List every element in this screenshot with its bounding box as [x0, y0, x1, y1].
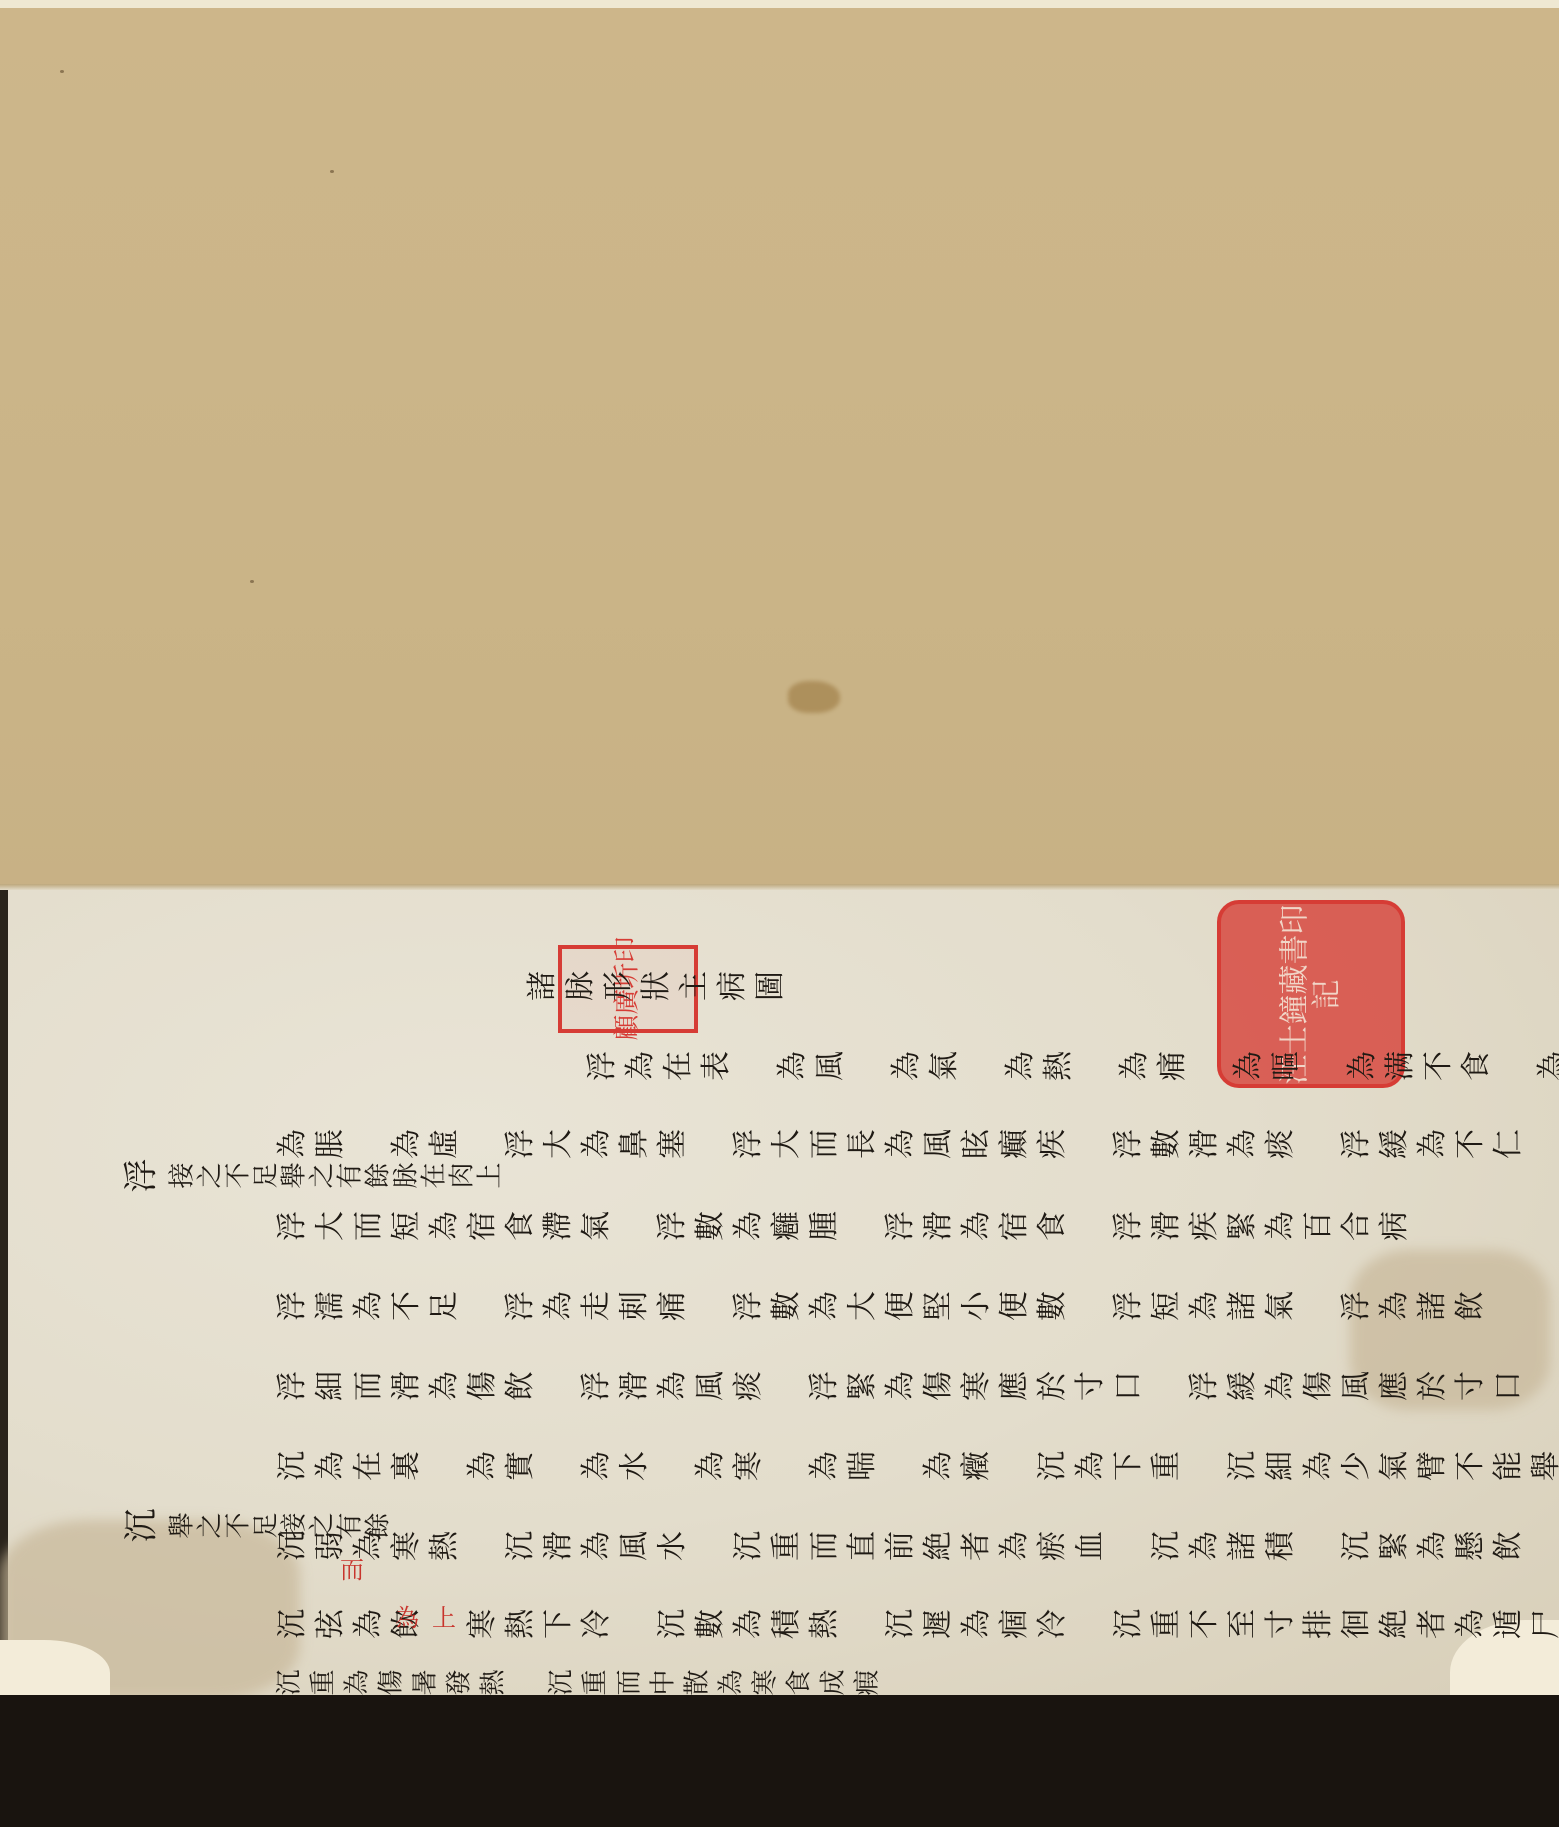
title-line: 諸脉形狀主病圖	[520, 960, 786, 1004]
text-line-1: 浮為在表 為風 為氣 為熱 為痛 為嘔 為满不食 為脹 為喘 為癡	[580, 1040, 1559, 1084]
cover-sheet	[0, 8, 1559, 888]
fleck	[60, 70, 64, 73]
text-line-7: 沉弱為寒熱 沉滑為風水 沉重而直前絶者為瘀血 沉為諸積 沉緊為懸飲	[270, 1520, 1524, 1564]
red-annotation: 上	[432, 1598, 464, 1633]
side-note-float: 浮 接之不足舉之有餘脉在肉上	[120, 1150, 502, 1199]
dark-background	[0, 1695, 1559, 1827]
text-line-5: 浮細而滑為傷飲 浮滑為風痰 浮緊為傷寒應於寸口 浮緩為傷風應於寸口	[270, 1360, 1524, 1404]
text-line-9: 沉重為傷暑發熱 沉重而中散為寒食成瘕	[270, 1660, 882, 1697]
fleck	[330, 170, 334, 173]
text-line-6: 沉為在裏 為實 為水 為寒 為喘 為癥 沉為下重 沉細為少氣臂不能舉	[270, 1440, 1559, 1484]
text-line-4: 浮濡為不足 浮為走刺痛 浮數為大便堅小便數 浮短為諸氣 浮為諸飲	[270, 1280, 1486, 1324]
fleck	[250, 580, 254, 583]
text-line-3: 浮大而短為宿食滯氣 浮數為癰腫 浮滑為宿食 浮滑疾緊為百合病	[270, 1200, 1410, 1244]
stain-mark	[788, 681, 840, 713]
red-annotation: 而	[340, 1550, 372, 1585]
red-annotation: 為	[395, 1598, 427, 1633]
side-note-sink: 沉 舉之不足接之有餘	[120, 1500, 390, 1549]
top-edge	[0, 0, 1559, 8]
